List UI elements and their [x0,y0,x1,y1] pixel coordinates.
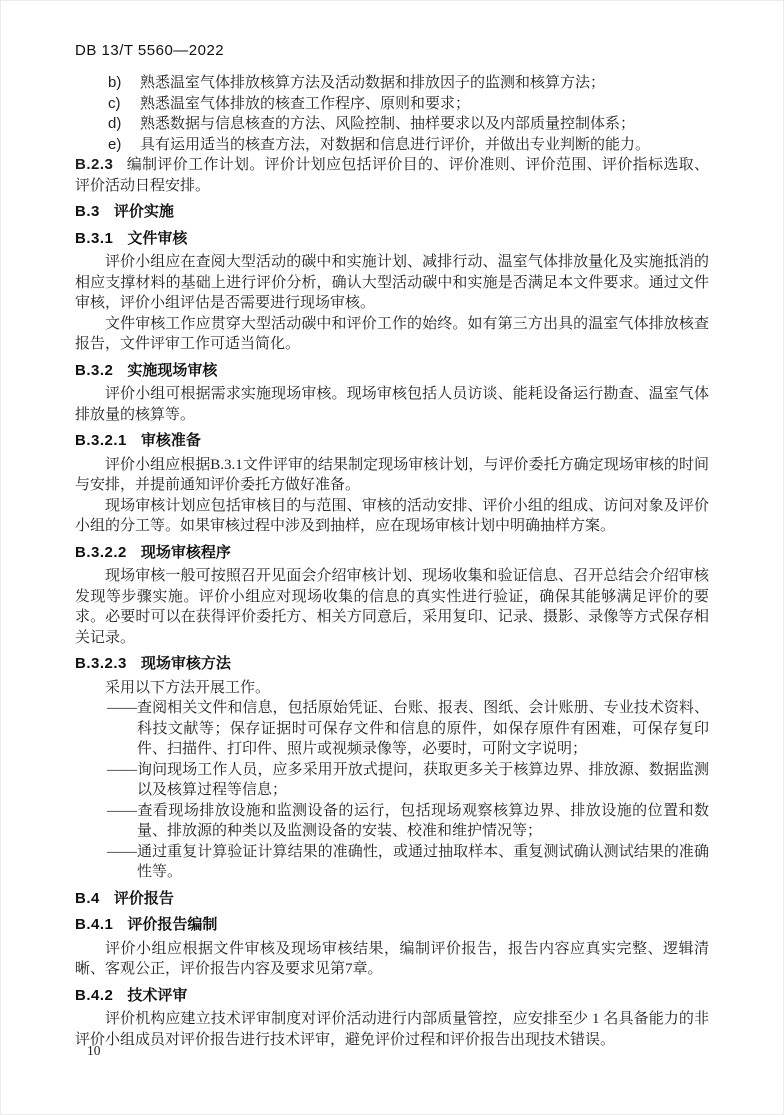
heading-title: 实施现场审核 [127,362,217,379]
dash-list-item: ——通过重复计算验证计算结果的准确性，或通过抽取样本、重复测试确认测试结果的准确… [107,842,709,883]
heading-number: B.3.2.3 [75,655,127,672]
dash-list-item: ——查阅相关文件和信息，包括原始凭证、台账、报表、图纸、会计账册、专业技术资料、… [107,698,709,760]
document-code-header: DB 13/T 5560—2022 [75,41,709,61]
heading-number: B.3.1 [75,230,113,247]
list-item-label: b) [108,73,140,94]
document-page: DB 13/T 5560—2022 b)熟悉温室气体排放核算方法及活动数据和排放… [0,0,784,1115]
paragraph-b31-2: 文件审核工作应贯穿大型活动碳中和评价工作的始终。如有第三方出具的温室气体排放核查… [75,314,709,355]
paragraph-b31-1: 评价小组应在查阅大型活动的碳中和实施计划、减排行动、温室气体排放量化及实施抵消的… [75,252,709,314]
heading-number: B.4.1 [75,916,113,933]
paragraph-b32-1: 评价小组可根据需求实施现场审核。现场审核包括人员访谈、能耗设备运行勘查、温室气体… [75,384,709,425]
heading-b42: B.4.2技术评审 [75,986,709,1007]
heading-b4: B.4评价报告 [75,889,709,910]
list-item-text: 熟悉温室气体排放的核查工作程序、原则和要求； [140,96,470,112]
heading-title: 现场审核方法 [141,655,231,672]
heading-number: B.3.2.1 [75,432,127,449]
heading-title: 技术评审 [127,987,187,1004]
heading-b32: B.3.2实施现场审核 [75,361,709,382]
paragraph-b323-intro: 采用以下方法开展工作。 [75,678,709,699]
heading-title: 评价报告编制 [127,916,217,933]
list-item: d)熟悉数据与信息核查的方法、风险控制、抽样要求以及内部质量控制体系； [75,114,709,135]
list-item: c)熟悉温室气体排放的核查工作程序、原则和要求； [75,94,709,115]
clause-text: 编制评价工作计划。评价计划应包括评价目的、评价准则、评价范围、评价指标选取、评价… [75,157,709,194]
list-item: e)具有运用适当的核查方法，对数据和信息进行评价，并做出专业判断的能力。 [75,135,709,156]
list-item-text: 熟悉温室气体排放核算方法及活动数据和排放因子的监测和核算方法； [140,75,605,91]
heading-b3: B.3评价实施 [75,202,709,223]
heading-number: B.3 [75,203,100,220]
heading-number: B.3.2.2 [75,544,127,561]
heading-title: 审核准备 [141,432,201,449]
paragraph-b41-1: 评价小组应根据文件审核及现场审核结果，编制评价报告，报告内容应真实完整、逻辑清晰… [75,939,709,980]
qualification-letter-list: b)熟悉温室气体排放核算方法及活动数据和排放因子的监测和核算方法； c)熟悉温室… [75,73,709,155]
paragraph-b321-2: 现场审核计划应包括审核目的与范围、审核的活动安排、评价小组的组成、访问对象及评价… [75,496,709,537]
heading-b41: B.4.1评价报告编制 [75,915,709,936]
paragraph-b42-1: 评价机构应建立技术评审制度对评价活动进行内部质量管控，应安排至少 1 名具备能力… [75,1009,709,1050]
audit-method-dash-list: ——查阅相关文件和信息，包括原始凭证、台账、报表、图纸、会计账册、专业技术资料、… [75,698,709,883]
list-item-text: 熟悉数据与信息核查的方法、风险控制、抽样要求以及内部质量控制体系； [140,116,635,132]
heading-b323: B.3.2.3现场审核方法 [75,654,709,675]
heading-b31: B.3.1文件审核 [75,229,709,250]
paragraph-b322-1: 现场审核一般可按照召开见面会介绍审核计划、现场收集和验证信息、召开总结会介绍审核… [75,566,709,648]
heading-b322: B.3.2.2现场审核程序 [75,543,709,564]
paragraph-b321-1: 评价小组应根据B.3.1文件评审的结果制定现场审核计划，与评价委托方确定现场审核… [75,455,709,496]
heading-number: B.4.2 [75,987,113,1004]
heading-title: 评价报告 [114,890,174,907]
dash-list-item: ——查看现场排放设施和监测设备的运行，包括现场观察核算边界、排放设施的位置和数量… [107,801,709,842]
clause-number: B.2.3 [75,156,113,173]
heading-number: B.4 [75,890,100,907]
heading-number: B.3.2 [75,362,113,379]
page-number: 10 [87,1043,101,1059]
heading-title: 文件审核 [127,230,187,247]
heading-title: 评价实施 [114,203,174,220]
list-item-label: e) [108,135,140,156]
clause-b23-paragraph: B.2.3编制评价工作计划。评价计划应包括评价目的、评价准则、评价范围、评价指标… [75,155,709,196]
dash-list-item: ——询问现场工作人员，应多采用开放式提问，获取更多关于核算边界、排放源、数据监测… [107,760,709,801]
list-item-label: d) [108,114,140,135]
list-item-text: 具有运用适当的核查方法，对数据和信息进行评价，并做出专业判断的能力。 [140,137,650,153]
heading-title: 现场审核程序 [141,544,231,561]
list-item-label: c) [108,94,140,115]
list-item: b)熟悉温室气体排放核算方法及活动数据和排放因子的监测和核算方法； [75,73,709,94]
heading-b321: B.3.2.1审核准备 [75,431,709,452]
